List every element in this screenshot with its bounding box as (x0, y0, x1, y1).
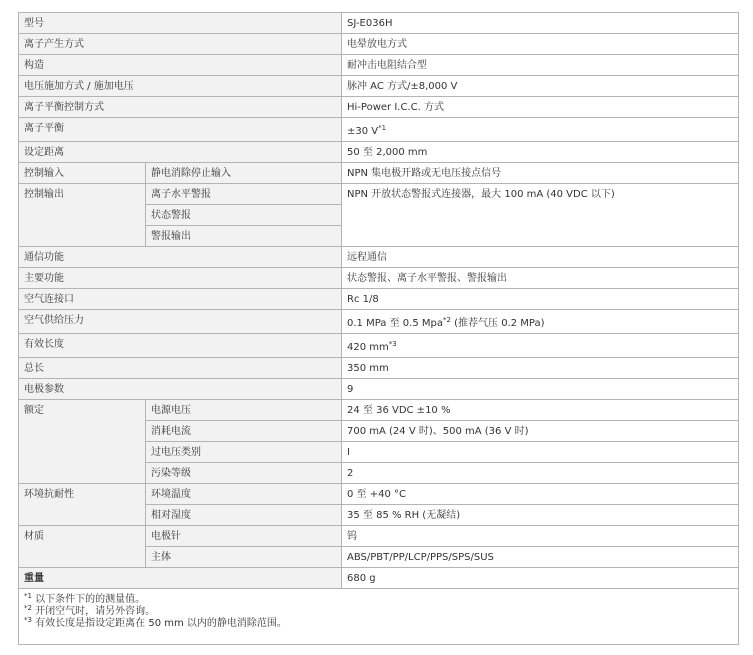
row-electrode-count: 电极参数 9 (19, 379, 739, 400)
value-overvoltage-category: I (342, 442, 739, 463)
value-air-pressure: 0.1 MPa 至 0.5 Mpa*2 (推荐气压 0.2 MPa) (342, 310, 739, 334)
air-pressure-recommended: (推荐气压 0.2 MPa) (451, 318, 545, 329)
label-rating: 额定 (19, 400, 146, 484)
sublabel-body: 主体 (146, 547, 342, 568)
value-ion-balance: ±30 V*1 (342, 118, 739, 142)
sublabel-alarm-output: 警报输出 (146, 226, 342, 247)
value-set-distance: 50 至 2,000 mm (342, 142, 739, 163)
row-rating: 额定 电源电压 24 至 36 VDC ±10 % (19, 400, 739, 421)
value-pollution-degree: 2 (342, 463, 739, 484)
footnotes: *1 以下条件下的的测量值。 *2 开闭空气时，请另外咨询。 *3 有效长度是指… (19, 589, 739, 645)
footnote-2: *2 开闭空气时，请另外咨询。 (24, 606, 733, 618)
label-control-output: 控制输出 (19, 184, 146, 247)
label-weight: 重量 (19, 568, 342, 589)
row-ion-generation: 离子产生方式 电晕放电方式 (19, 34, 739, 55)
footnote-3: *3 有效长度是指设定距离在 50 mm 以内的静电消除范围。 (24, 618, 733, 630)
value-communication: 远程通信 (342, 247, 739, 268)
value-control-output: NPN 开放状态警报式连接器，最大 100 mA (40 VDC 以下) (342, 184, 739, 247)
effective-length-text: 420 mm (347, 342, 389, 353)
value-model: SJ-E036H (342, 13, 739, 34)
footnote-1: *1 以下条件下的的测量值。 (24, 594, 733, 606)
row-balance-control: 离子平衡控制方式 Hi-Power I.C.C. 方式 (19, 97, 739, 118)
label-ion-balance: 离子平衡 (19, 118, 342, 142)
value-weight: 680 g (342, 568, 739, 589)
row-communication: 通信功能 远程通信 (19, 247, 739, 268)
label-air-port: 空气连接口 (19, 289, 342, 310)
spec-table: 型号 SJ-E036H 离子产生方式 电晕放电方式 构造 耐冲击电阻结合型 电压… (18, 12, 739, 645)
footnote-ref-2: *2 (443, 316, 451, 324)
value-supply-voltage: 24 至 36 VDC ±10 % (342, 400, 739, 421)
row-structure: 构造 耐冲击电阻结合型 (19, 55, 739, 76)
footnote-text-3: 有效长度是指设定距离在 50 mm 以内的静电消除范围。 (32, 618, 287, 629)
footnote-mark-1: *1 (24, 592, 32, 600)
row-ion-balance: 离子平衡 ±30 V*1 (19, 118, 739, 142)
row-environment: 环境抗耐性 环境温度 0 至 +40 °C (19, 484, 739, 505)
footnote-text-1: 以下条件下的的测量值。 (32, 594, 145, 605)
value-air-port: Rc 1/8 (342, 289, 739, 310)
value-balance-control: Hi-Power I.C.C. 方式 (342, 97, 739, 118)
row-effective-length: 有效长度 420 mm*3 (19, 334, 739, 358)
label-main-functions: 主要功能 (19, 268, 342, 289)
row-air-port: 空气连接口 Rc 1/8 (19, 289, 739, 310)
value-total-length: 350 mm (342, 358, 739, 379)
row-total-length: 总长 350 mm (19, 358, 739, 379)
row-model: 型号 SJ-E036H (19, 13, 739, 34)
row-control-output: 控制输出 离子水平警报 NPN 开放状态警报式连接器，最大 100 mA (40… (19, 184, 739, 205)
footnote-ref-1: *1 (378, 124, 386, 132)
value-main-functions: 状态警报、离子水平警报、警报输出 (342, 268, 739, 289)
value-structure: 耐冲击电阻结合型 (342, 55, 739, 76)
footnote-mark-2: *2 (24, 604, 32, 612)
value-electrode-count: 9 (342, 379, 739, 400)
sublabel-supply-voltage: 电源电压 (146, 400, 342, 421)
value-body: ABS/PBT/PP/LCP/PPS/SPS/SUS (342, 547, 739, 568)
footnote-mark-3: *3 (24, 616, 32, 624)
value-electrode-needle: 钨 (342, 526, 739, 547)
value-relative-humidity: 35 至 85 % RH (无凝结) (342, 505, 739, 526)
value-effective-length: 420 mm*3 (342, 334, 739, 358)
label-material: 材质 (19, 526, 146, 568)
label-ion-generation: 离子产生方式 (19, 34, 342, 55)
label-environment: 环境抗耐性 (19, 484, 146, 526)
sublabel-status-alarm: 状态警报 (146, 205, 342, 226)
row-voltage-method: 电压施加方式 / 施加电压 脉冲 AC 方式/±8,000 V (19, 76, 739, 97)
row-control-input: 控制输入 静电消除停止输入 NPN 集电极开路或无电压接点信号 (19, 163, 739, 184)
sublabel-control-input: 静电消除停止输入 (146, 163, 342, 184)
row-weight: 重量 680 g (19, 568, 739, 589)
label-electrode-count: 电极参数 (19, 379, 342, 400)
value-control-input: NPN 集电极开路或无电压接点信号 (342, 163, 739, 184)
label-set-distance: 设定距离 (19, 142, 342, 163)
sublabel-pollution-degree: 污染等级 (146, 463, 342, 484)
label-structure: 构造 (19, 55, 342, 76)
label-control-input: 控制输入 (19, 163, 146, 184)
footnotes-row: *1 以下条件下的的测量值。 *2 开闭空气时，请另外咨询。 *3 有效长度是指… (19, 589, 739, 645)
label-effective-length: 有效长度 (19, 334, 342, 358)
label-model: 型号 (19, 13, 342, 34)
sublabel-relative-humidity: 相对湿度 (146, 505, 342, 526)
value-current-consumption: 700 mA (24 V 时)、500 mA (36 V 时) (342, 421, 739, 442)
row-main-functions: 主要功能 状态警报、离子水平警报、警报输出 (19, 268, 739, 289)
footnote-text-2: 开闭空气时，请另外咨询。 (32, 606, 155, 617)
sublabel-current-consumption: 消耗电流 (146, 421, 342, 442)
ion-balance-text: ±30 V (347, 126, 378, 137)
label-communication: 通信功能 (19, 247, 342, 268)
row-set-distance: 设定距离 50 至 2,000 mm (19, 142, 739, 163)
footnote-ref-3: *3 (389, 340, 397, 348)
sublabel-overvoltage-category: 过电压类别 (146, 442, 342, 463)
value-ambient-temperature: 0 至 +40 °C (342, 484, 739, 505)
sublabel-electrode-needle: 电极针 (146, 526, 342, 547)
value-voltage-method: 脉冲 AC 方式/±8,000 V (342, 76, 739, 97)
label-voltage-method: 电压施加方式 / 施加电压 (19, 76, 342, 97)
value-ion-generation: 电晕放电方式 (342, 34, 739, 55)
sublabel-ion-level-alarm: 离子水平警报 (146, 184, 342, 205)
air-pressure-range: 0.1 MPa 至 0.5 Mpa (347, 318, 443, 329)
row-material: 材质 电极针 钨 (19, 526, 739, 547)
label-air-pressure: 空气供给压力 (19, 310, 342, 334)
row-air-pressure: 空气供给压力 0.1 MPa 至 0.5 Mpa*2 (推荐气压 0.2 MPa… (19, 310, 739, 334)
sublabel-ambient-temperature: 环境温度 (146, 484, 342, 505)
label-total-length: 总长 (19, 358, 342, 379)
label-balance-control: 离子平衡控制方式 (19, 97, 342, 118)
